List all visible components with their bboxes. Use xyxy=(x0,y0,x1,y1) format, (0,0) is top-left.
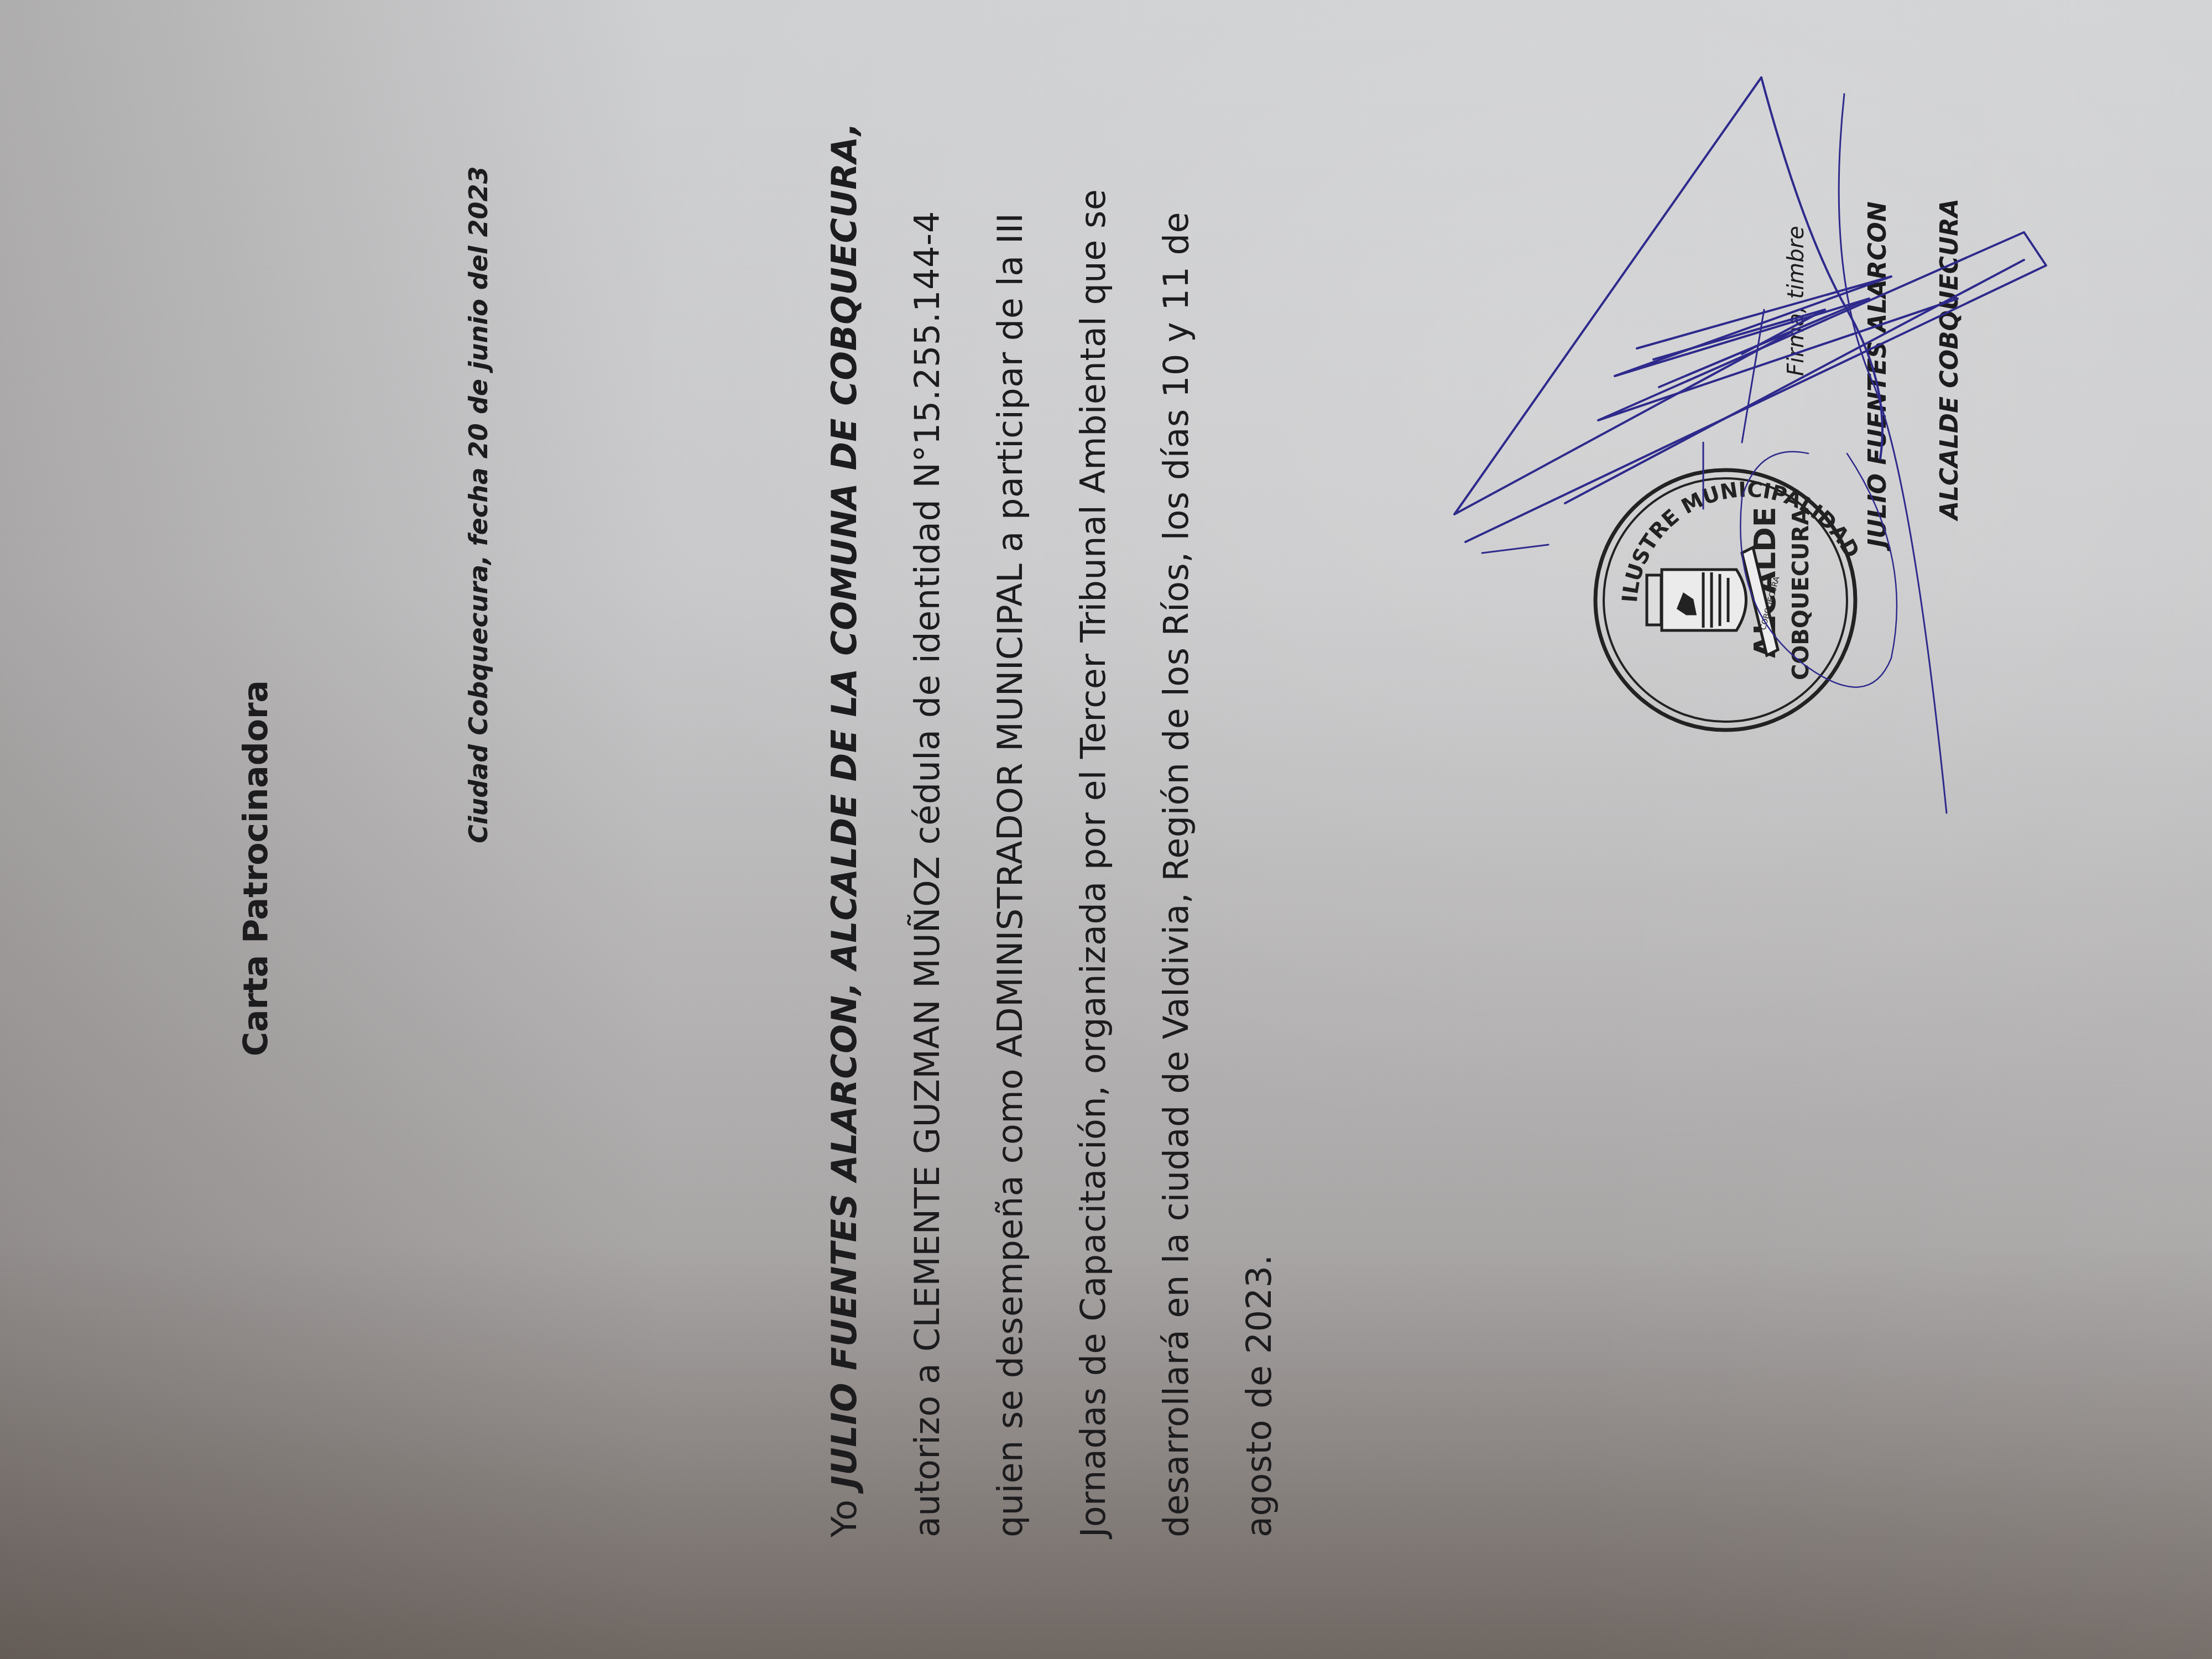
signature-strokes-icon xyxy=(1454,77,2046,813)
handwritten-signature xyxy=(0,0,2212,1659)
